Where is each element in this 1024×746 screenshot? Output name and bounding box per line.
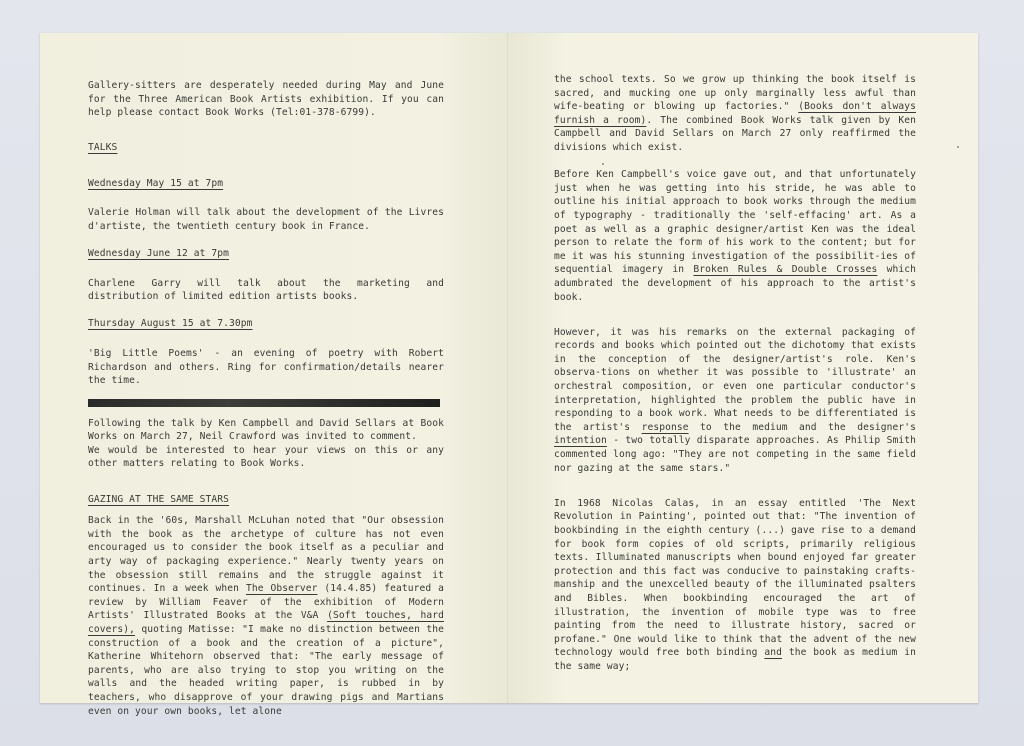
article-text: However, it was his remarks on the exter… [554, 327, 916, 433]
article-paragraph: Before Ken Campbell's voice gave out, an… [554, 168, 916, 304]
following-talk-note: Following the talk by Ken Campbell and D… [88, 417, 444, 444]
paper-speck [602, 163, 604, 165]
left-column: Gallery-sitters are desperately needed d… [88, 79, 444, 718]
article-paragraph: the school texts. So we grow up thinking… [554, 73, 916, 155]
talks-heading: TALKS [88, 141, 117, 155]
talk-item: Thursday August 15 at 7.30pm 'Big Little… [88, 317, 444, 387]
article-paragraph: In 1968 Nicolas Calas, in an essay entit… [554, 497, 916, 674]
intention-word: intention [554, 435, 607, 446]
left-page: Gallery-sitters are desperately needed d… [40, 33, 508, 703]
talk-description: Valerie Holman will talk about the devel… [88, 206, 444, 233]
article-text: quoting Matisse: "I make no distinction … [88, 624, 444, 717]
right-column: the school texts. So we grow up thinking… [554, 73, 916, 674]
talk-date: Wednesday May 15 at 7pm [88, 178, 223, 189]
open-booklet: Gallery-sitters are desperately needed d… [40, 33, 978, 703]
article-text: to the medium and the designer's [689, 422, 916, 433]
talk-date: Thursday August 15 at 7.30pm [88, 318, 253, 329]
and-word: and [764, 647, 782, 658]
article-text: In 1968 Nicolas Calas, in an essay entit… [554, 498, 916, 659]
feedback-request: We would be interested to hear your view… [88, 444, 444, 471]
article-paragraph: However, it was his remarks on the exter… [554, 326, 916, 476]
talk-item: Wednesday May 15 at 7pm Valerie Holman w… [88, 177, 444, 234]
talk-item: Wednesday June 12 at 7pm Charlene Garry … [88, 247, 444, 304]
talk-description: 'Big Little Poems' - an evening of poetr… [88, 347, 444, 388]
article-text: - two totally disparate approaches. As P… [554, 435, 916, 473]
right-page: the school texts. So we grow up thinking… [508, 33, 978, 703]
article-heading: GAZING AT THE SAME STARS [88, 493, 229, 507]
section-divider-bar [88, 399, 440, 407]
article-paragraph: Back in the '60s, Marshall McLuhan noted… [88, 514, 444, 718]
gallery-sitters-notice: Gallery-sitters are desperately needed d… [88, 79, 444, 120]
talk-description: Charlene Garry will talk about the marke… [88, 277, 444, 304]
response-word: response [642, 422, 689, 433]
article-text: Before Ken Campbell's voice gave out, an… [554, 169, 916, 275]
talk-date: Wednesday June 12 at 7pm [88, 248, 229, 259]
observer-title: The Observer [246, 583, 318, 594]
broken-rules-title: Broken Rules & Double Crosses [693, 264, 877, 275]
paper-speck [957, 146, 959, 148]
